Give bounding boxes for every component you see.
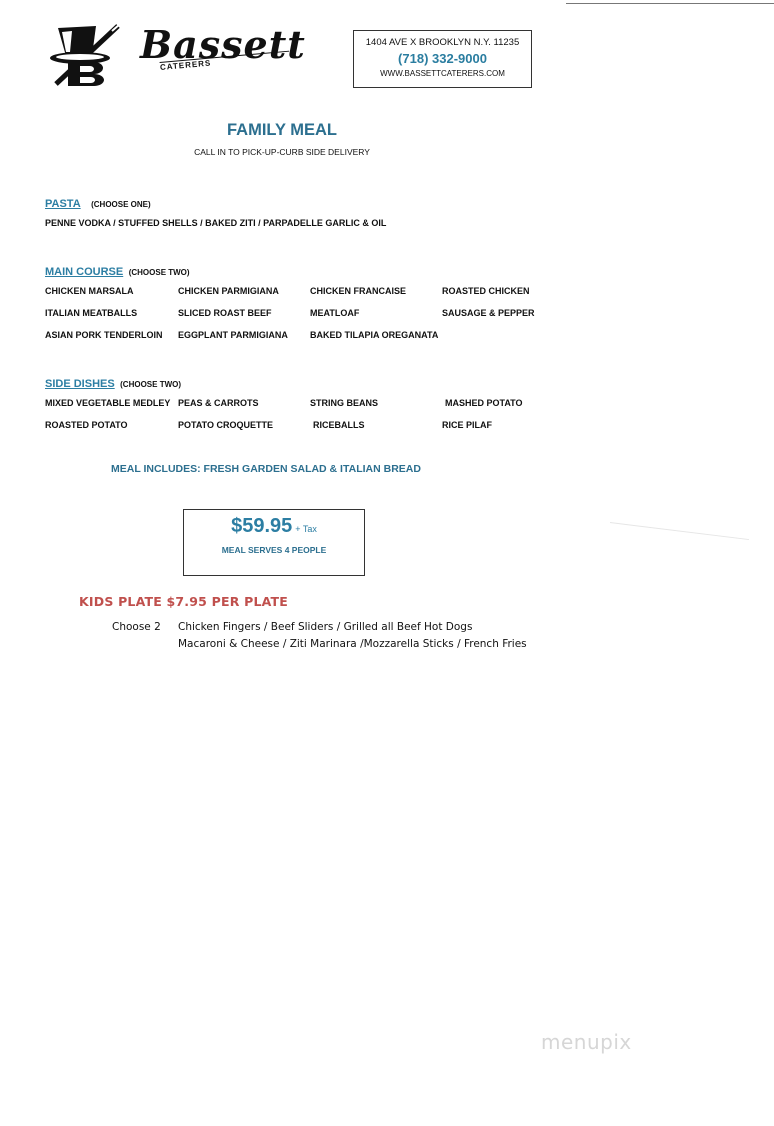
menu-item: ROASTED POTATO: [45, 420, 128, 430]
pasta-items: PENNE VODKA / STUFFED SHELLS / BAKED ZIT…: [45, 218, 386, 228]
page-subtitle: CALL IN TO PICK-UP-CURB SIDE DELIVERY: [0, 147, 564, 157]
meal-includes: MEAL INCLUDES: FRESH GARDEN SALAD & ITAL…: [111, 463, 421, 475]
side-dishes-note: (CHOOSE TWO): [120, 380, 181, 389]
scan-artifact-line: [610, 522, 749, 540]
menu-item: POTATO CROQUETTE: [178, 420, 273, 430]
watermark: menupix: [541, 1030, 632, 1054]
pasta-heading: PASTA: [45, 198, 81, 210]
main-course-section-heading: MAIN COURSE (CHOOSE TWO): [45, 262, 190, 280]
pasta-note: (CHOOSE ONE): [91, 200, 151, 209]
menu-item: MEATLOAF: [310, 308, 359, 318]
website-link[interactable]: WWW.BASSETTCATERERS.COM: [354, 69, 531, 78]
scan-edge-line: [566, 3, 774, 4]
price-line: $59.95+ Tax: [184, 515, 364, 538]
kids-choose-label: Choose 2: [112, 621, 161, 633]
menu-item: PEAS & CARROTS: [178, 398, 259, 408]
meal-price: $59.95: [231, 515, 292, 537]
menu-item: STRING BEANS: [310, 398, 378, 408]
phone-number[interactable]: (718) 332-9000: [354, 51, 531, 66]
price-box: $59.95+ Tax MEAL SERVES 4 PEOPLE: [183, 509, 365, 576]
menu-item: RICE PILAF: [442, 420, 492, 430]
menu-item: SAUSAGE & PEPPER: [442, 308, 535, 318]
kids-options-line-2: Macaroni & Cheese / Ziti Marinara /Mozza…: [178, 638, 527, 650]
menu-item: EGGPLANT PARMIGIANA: [178, 330, 288, 340]
side-dishes-heading: SIDE DISHES: [45, 378, 115, 390]
menu-item: RICEBALLS: [313, 420, 365, 430]
kids-plate-heading: KIDS PLATE $7.95 PER PLATE: [79, 594, 288, 609]
menu-item: MASHED POTATO: [445, 398, 523, 408]
top-hat-b-icon: [48, 22, 126, 88]
main-course-heading: MAIN COURSE: [45, 266, 123, 278]
contact-box: 1404 AVE X BROOKLYN N.Y. 11235 (718) 332…: [353, 30, 532, 88]
menu-item: MIXED VEGETABLE MEDLEY: [45, 398, 170, 408]
logo: Bassett CATERERS: [48, 22, 318, 92]
menu-item: CHICKEN PARMIGIANA: [178, 286, 279, 296]
menu-item: ASIAN PORK TENDERLOIN: [45, 330, 163, 340]
menu-item: CHICKEN FRANCAISE: [310, 286, 406, 296]
side-dishes-section-heading: SIDE DISHES (CHOOSE TWO): [45, 374, 181, 392]
address: 1404 AVE X BROOKLYN N.Y. 11235: [354, 37, 531, 48]
pasta-section-heading: PASTA (CHOOSE ONE): [45, 194, 151, 212]
menu-item: BAKED TILAPIA OREGANATA: [310, 330, 438, 340]
kids-options-line-1: Chicken Fingers / Beef Sliders / Grilled…: [178, 621, 472, 633]
tax-note: + Tax: [295, 524, 317, 534]
menu-item: SLICED ROAST BEEF: [178, 308, 272, 318]
main-course-note: (CHOOSE TWO): [129, 268, 190, 277]
serves-note: MEAL SERVES 4 PEOPLE: [184, 545, 364, 555]
menu-item: ROASTED CHICKEN: [442, 286, 530, 296]
menu-item: ITALIAN MEATBALLS: [45, 308, 137, 318]
menu-item: CHICKEN MARSALA: [45, 286, 134, 296]
page-title: FAMILY MEAL: [0, 121, 564, 140]
